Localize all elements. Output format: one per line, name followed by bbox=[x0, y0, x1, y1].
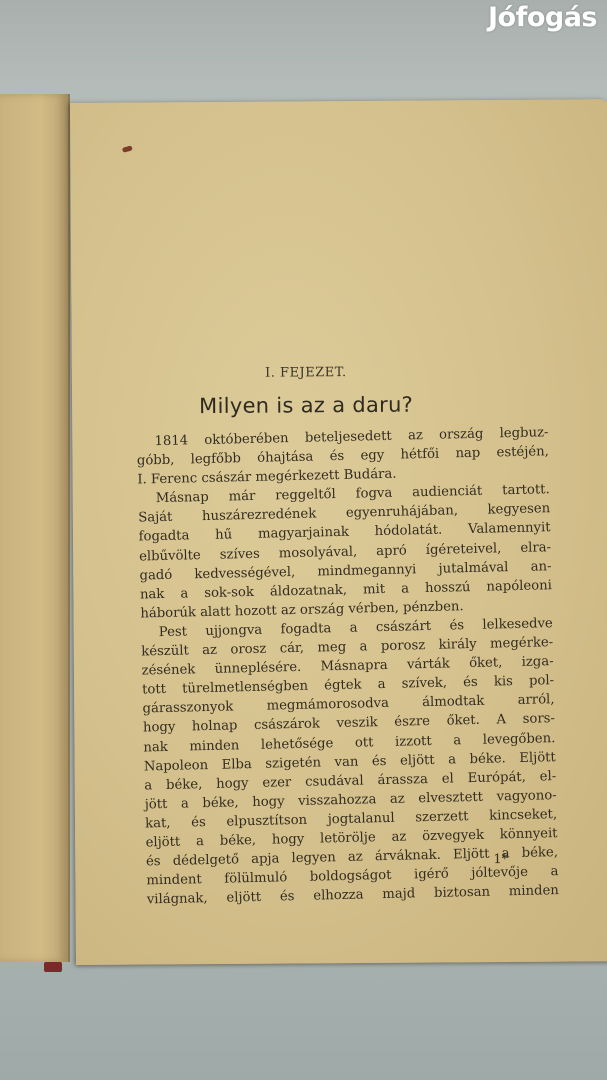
right-book-page: I. FEJEZET. Milyen is az a daru? 1814 ok… bbox=[70, 99, 607, 965]
page-number: 1* bbox=[493, 852, 508, 867]
left-book-page bbox=[0, 94, 70, 962]
bookmark-ribbon bbox=[44, 962, 62, 972]
chapter-label: I. FEJEZET. bbox=[72, 364, 540, 382]
jofogas-watermark-logo: Jófogás bbox=[488, 2, 597, 33]
chapter-body-text: 1814 októberében beteljesedett az ország… bbox=[136, 423, 559, 910]
chapter-title: Milyen is az a daru? bbox=[72, 392, 540, 419]
paper-stain bbox=[122, 145, 133, 152]
